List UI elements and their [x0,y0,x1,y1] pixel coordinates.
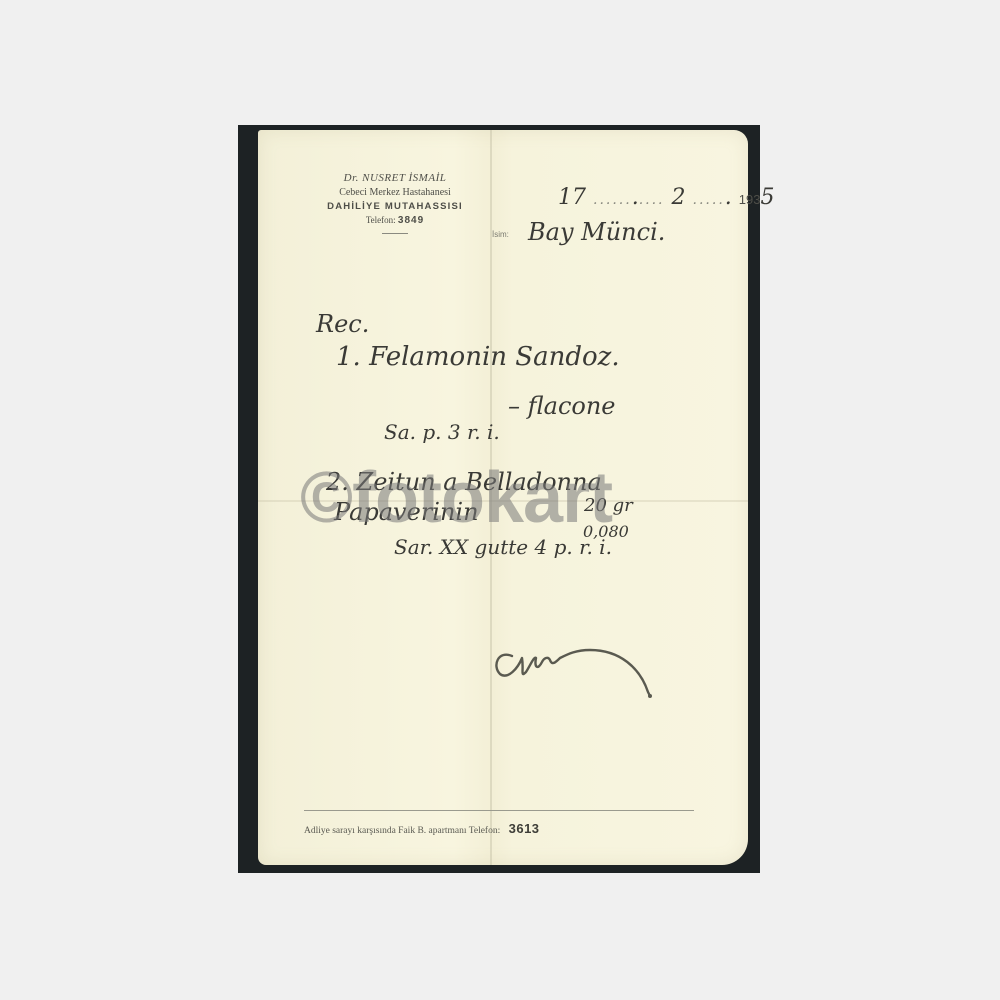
copyright-icon: © [300,458,352,538]
doctor-signature [490,622,660,702]
date-year-printed: 193 [739,192,761,207]
watermark-text: fotokart [352,458,612,538]
patient-name: Bay Münci. [528,218,665,246]
item-1-number: 1. [336,342,361,372]
item-1-form: – flacone [508,392,616,420]
prescription-date: 17 ........... 2 ...... 1935 [558,185,774,210]
phone-label: Telefon: [366,215,396,225]
date-year-handwritten: 5 [760,185,774,210]
letterhead-divider [382,233,408,234]
footer-divider [304,810,694,811]
rx-header: Rec. [316,310,369,338]
doctor-specialty: DAHİLİYE MUTAHASSISI [300,201,490,212]
letterhead: Dr. NUSRET İSMAİL Cebeci Merkez Hastahan… [300,172,490,234]
footer-address: Adliye sarayı karşısında Faik B. apartma… [304,821,694,836]
date-month: 2 [672,185,686,210]
footer-address-text: Adliye sarayı karşısında Faik B. apartma… [304,826,500,836]
phone-number: 3849 [398,215,424,226]
item-1-dosage: Sa. p. 3 r. i. [384,420,500,444]
doctor-name: Dr. NUSRET İSMAİL [300,172,490,184]
footer-phone-number: 3613 [509,821,540,836]
watermark: ©fotokart [300,462,612,534]
item-2-dosage: Sar. XX gutte 4 p. r. i. [394,535,612,559]
date-day: 17 [558,185,586,210]
letterhead-phone: Telefon: 3849 [300,215,490,226]
item-1-medicine: 1. Felamonin Sandoz. [336,342,620,372]
patient-name-label: İsim: [492,230,509,239]
hospital-name: Cebeci Merkez Hastahanesi [300,187,490,198]
item-1-medicine-name: Felamonin Sandoz. [369,342,620,372]
letter-footer: Adliye sarayı karşısında Faik B. apartma… [304,810,694,836]
